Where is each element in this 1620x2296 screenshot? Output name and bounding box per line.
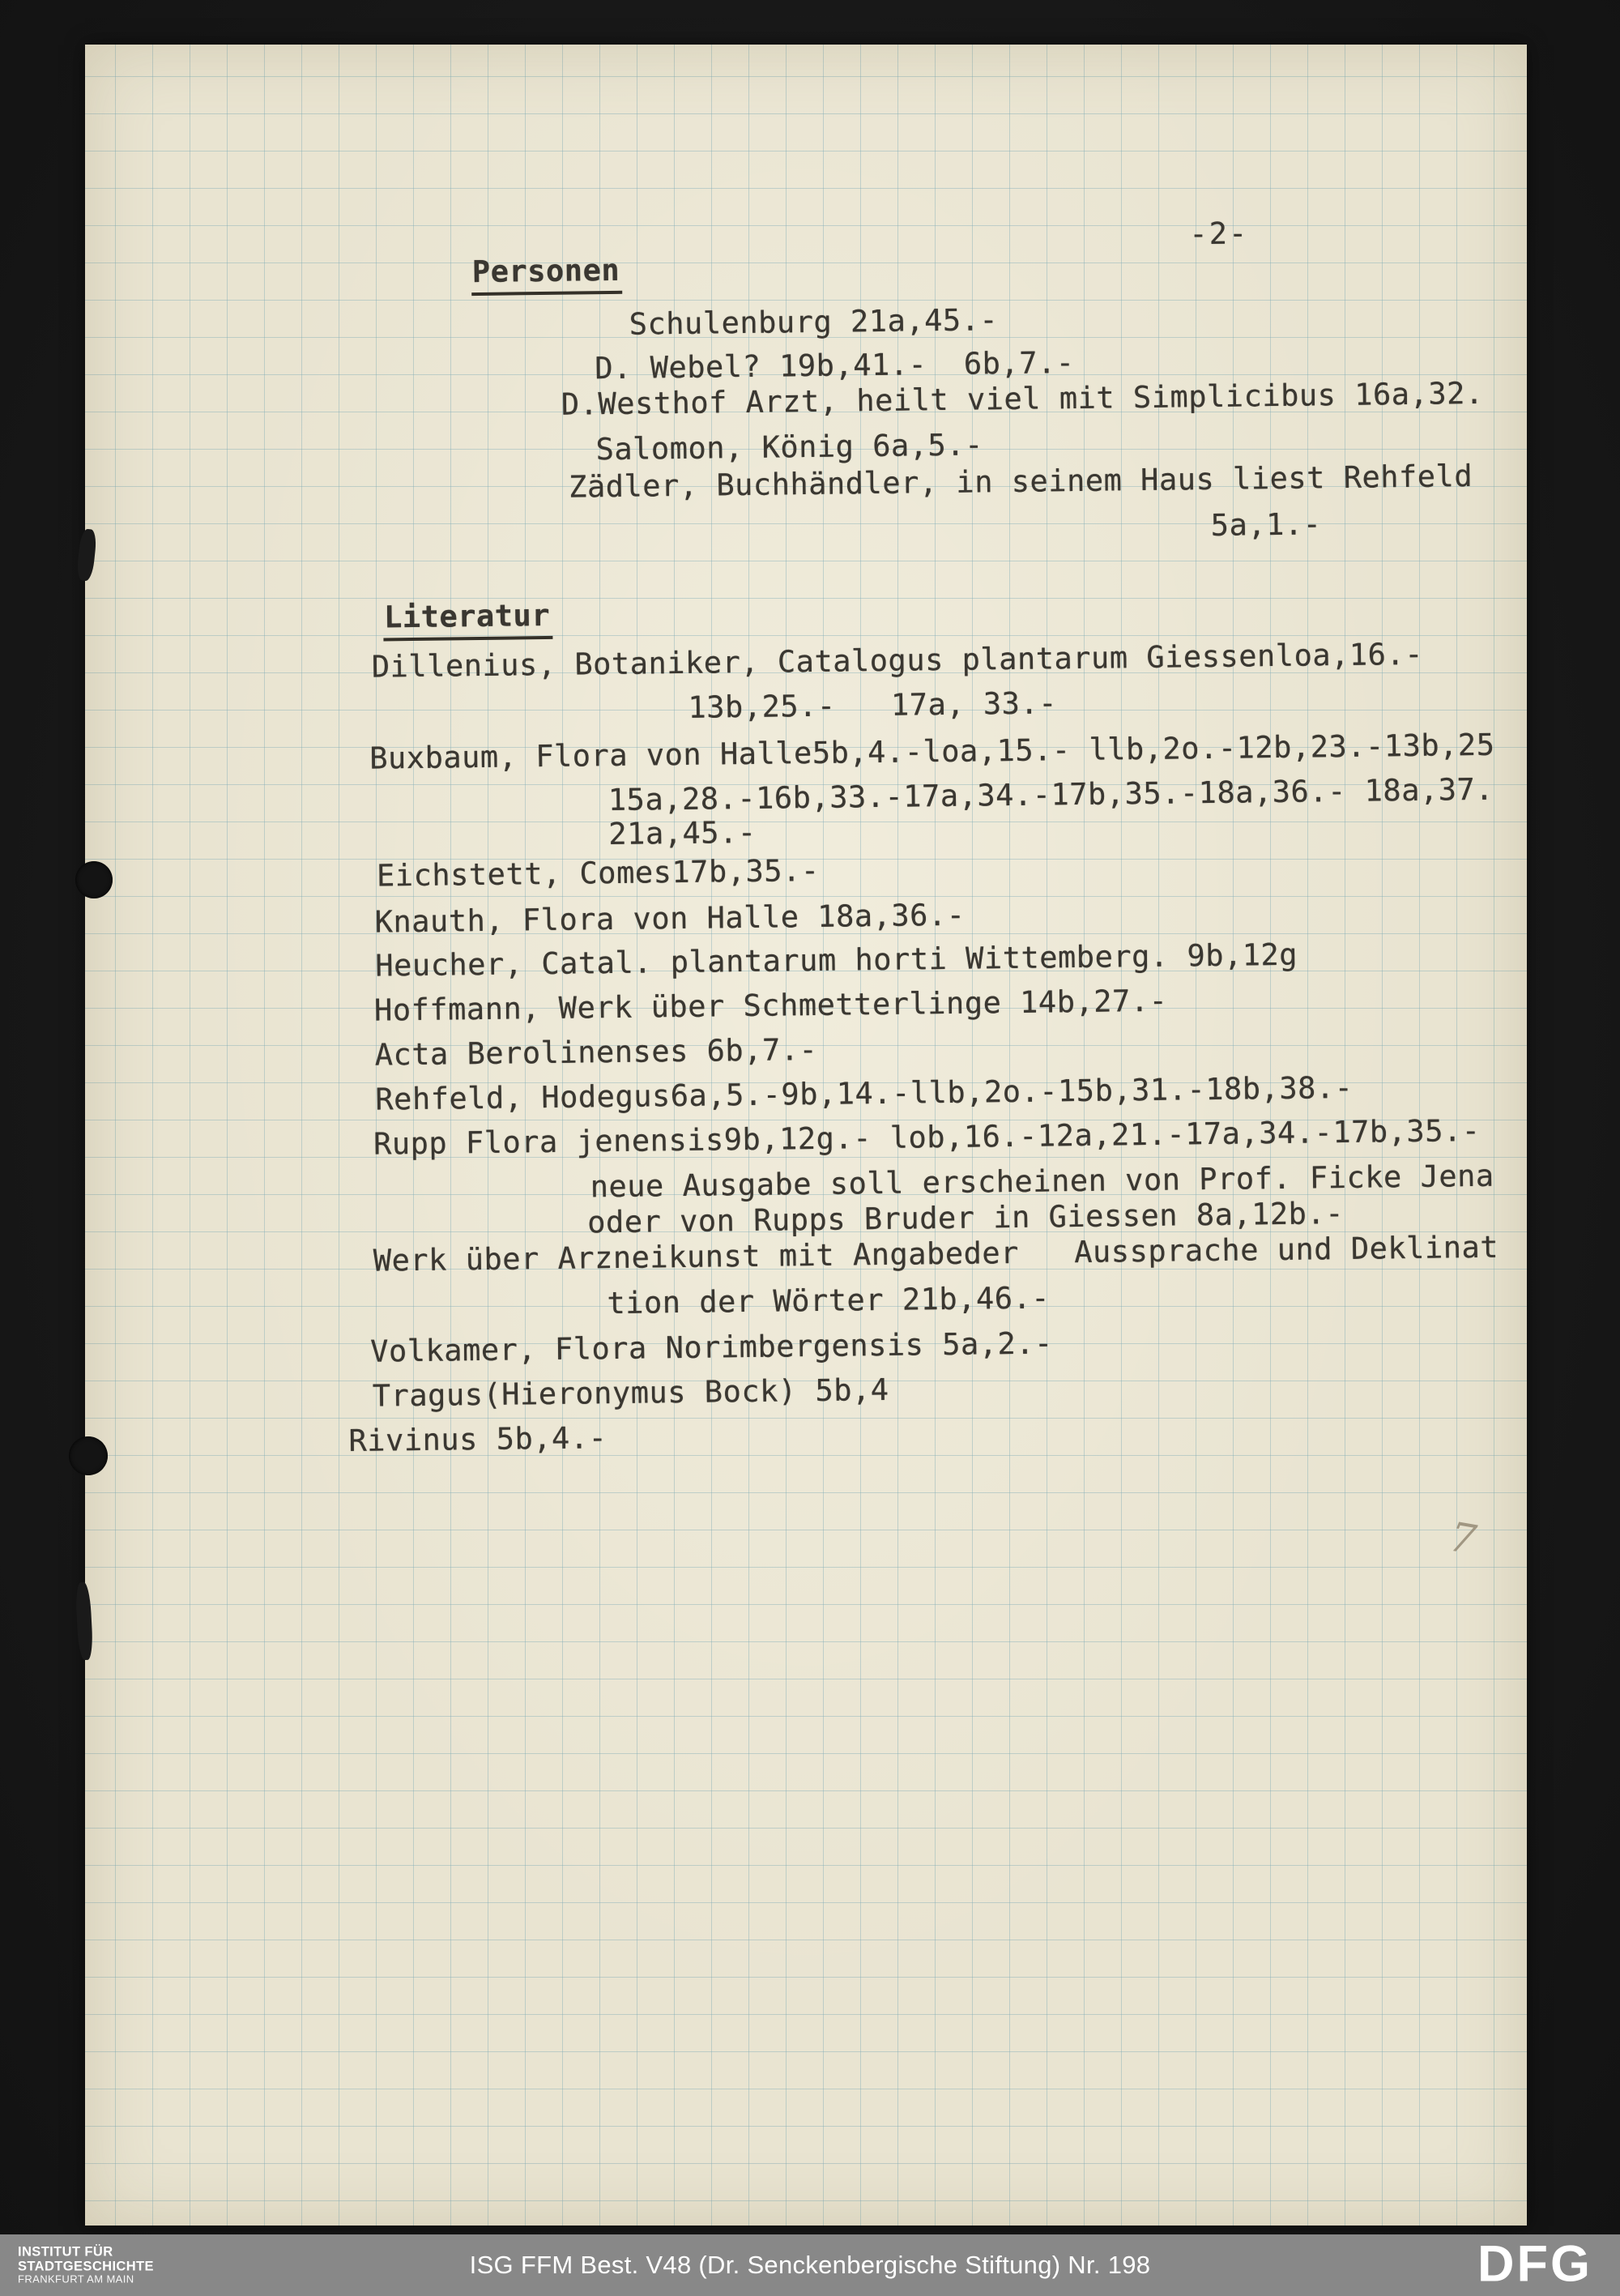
typed-line: Hoffmann, Werk über Schmetterlinge 14b,2… <box>374 986 1168 1026</box>
section-heading-literatur: Literatur <box>383 598 553 642</box>
typed-line: Dillenius, Botaniker, Catalogus plantaru… <box>372 639 1424 682</box>
typed-line: oder von Rupps Bruder in Giessen 8a,12b.… <box>587 1198 1344 1237</box>
typed-line: Werk über Arzneikunst mit Angabeder Auss… <box>373 1232 1499 1276</box>
typed-line: Rivinus 5b,4.- <box>348 1423 607 1456</box>
typed-line: D. Webel? 19b,41.- 6b,7.- <box>595 348 1075 383</box>
typed-line: Rehfeld, Hodegus6a,5.-9b,14.-llb,2o.-15b… <box>375 1073 1353 1115</box>
typed-line: Acta Berolinenses 6b,7.- <box>374 1035 817 1070</box>
typed-line: neue Ausgabe soll erscheinen von Prof. F… <box>590 1161 1494 1202</box>
typed-line: tion der Wörter 21b,46.- <box>607 1282 1050 1318</box>
typed-line: 21a,45.- <box>608 817 757 849</box>
typed-line: Tragus(Hieronymus Bock) 5b,4 <box>373 1375 889 1411</box>
typed-line: Buxbaum, Flora von Halle5b,4.-loa,15.- l… <box>369 730 1495 774</box>
typed-line: Eichstett, Comes17b,35.- <box>377 856 820 891</box>
typed-line: Heucher, Catal. plantarum horti Wittembe… <box>375 940 1298 981</box>
typed-line: 15a,28.-16b,33.-17a,34.-17b,35.-18a,36.-… <box>608 775 1494 815</box>
archive-footer-bar: INSTITUT FÜR STADTGESCHICHTE FRANKFURT A… <box>0 2234 1620 2296</box>
typed-line: Rupp Flora jenensis9b,12g.- lob,16.-12a,… <box>373 1116 1481 1159</box>
typed-line: Schulenburg 21a,45.- <box>629 305 998 339</box>
document-sheet: -2- Personen Schulenburg 21a,45.- D. Web… <box>85 45 1527 2226</box>
typed-line: 13b,25.- 17a, 33.- <box>688 688 1057 723</box>
paper-edge-mark <box>75 1582 94 1661</box>
typewritten-text-layer: -2- Personen Schulenburg 21a,45.- D. Web… <box>75 36 1544 2235</box>
typed-line: Knauth, Flora von Halle 18a,36.- <box>374 900 965 937</box>
typed-line: Zädler, Buchhändler, in seinem Haus lies… <box>569 461 1473 502</box>
dfg-logo: DFG <box>1477 2235 1592 2294</box>
section-heading-personen: Personen <box>471 253 623 296</box>
typed-line: Volkamer, Flora Norimbergensis 5a,2.- <box>370 1328 1053 1366</box>
scanned-archive-page: { "page": { "page_number": "-2-", "handw… <box>0 0 1620 2296</box>
typed-line: Salomon, König 6a,5.- <box>595 429 983 464</box>
typed-line: 5a,1.- <box>1211 509 1322 540</box>
archive-reference: ISG FFM Best. V48 (Dr. Senckenbergische … <box>0 2251 1620 2280</box>
page-number: -2- <box>1189 218 1248 249</box>
